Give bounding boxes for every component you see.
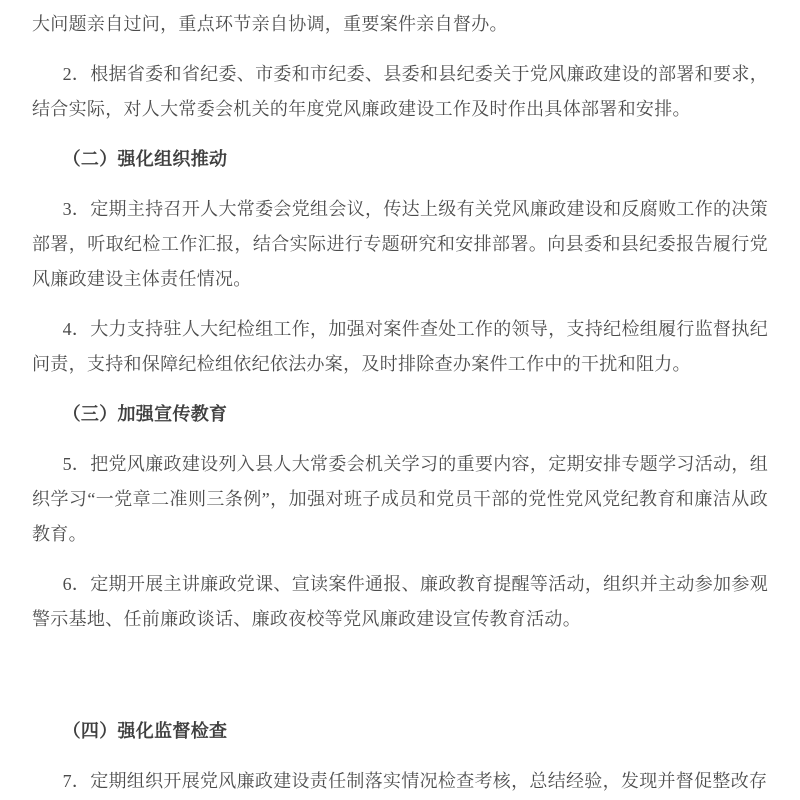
paragraph-item-7: 7．定期组织开展党风廉政建设责任制落实情况检查考核，总结经验，发现并督促整改存	[32, 764, 768, 799]
paragraph-item-2: 2．根据省委和省纪委、市委和市纪委、县委和县纪委关于党风廉政建设的部署和要求，结…	[32, 57, 768, 127]
document-page: 大问题亲自过问，重点环节亲自协调，重要案件亲自督办。 2．根据省委和省纪委、市委…	[0, 0, 800, 800]
section-heading-4: （四）强化监督检查	[32, 714, 768, 749]
paragraph-item-6: 6．定期开展主讲廉政党课、宣读案件通报、廉政教育提醒等活动，组织并主动参加参观警…	[32, 567, 768, 637]
paragraph-item-4: 4．大力支持驻人大纪检组工作，加强对案件查处工作的领导，支持纪检组履行监督执纪问…	[32, 312, 768, 382]
paragraph-continuation: 大问题亲自过问，重点环节亲自协调，重要案件亲自督办。	[32, 7, 768, 42]
section-heading-2: （二）强化组织推动	[32, 142, 768, 177]
paragraph-item-3: 3．定期主持召开人大常委会党组会议，传达上级有关党风廉政建设和反腐败工作的决策部…	[32, 192, 768, 297]
section-heading-3: （三）加强宣传教育	[32, 397, 768, 432]
paragraph-item-5: 5．把党风廉政建设列入县人大常委会机关学习的重要内容，定期安排专题学习活动，组织…	[32, 447, 768, 552]
